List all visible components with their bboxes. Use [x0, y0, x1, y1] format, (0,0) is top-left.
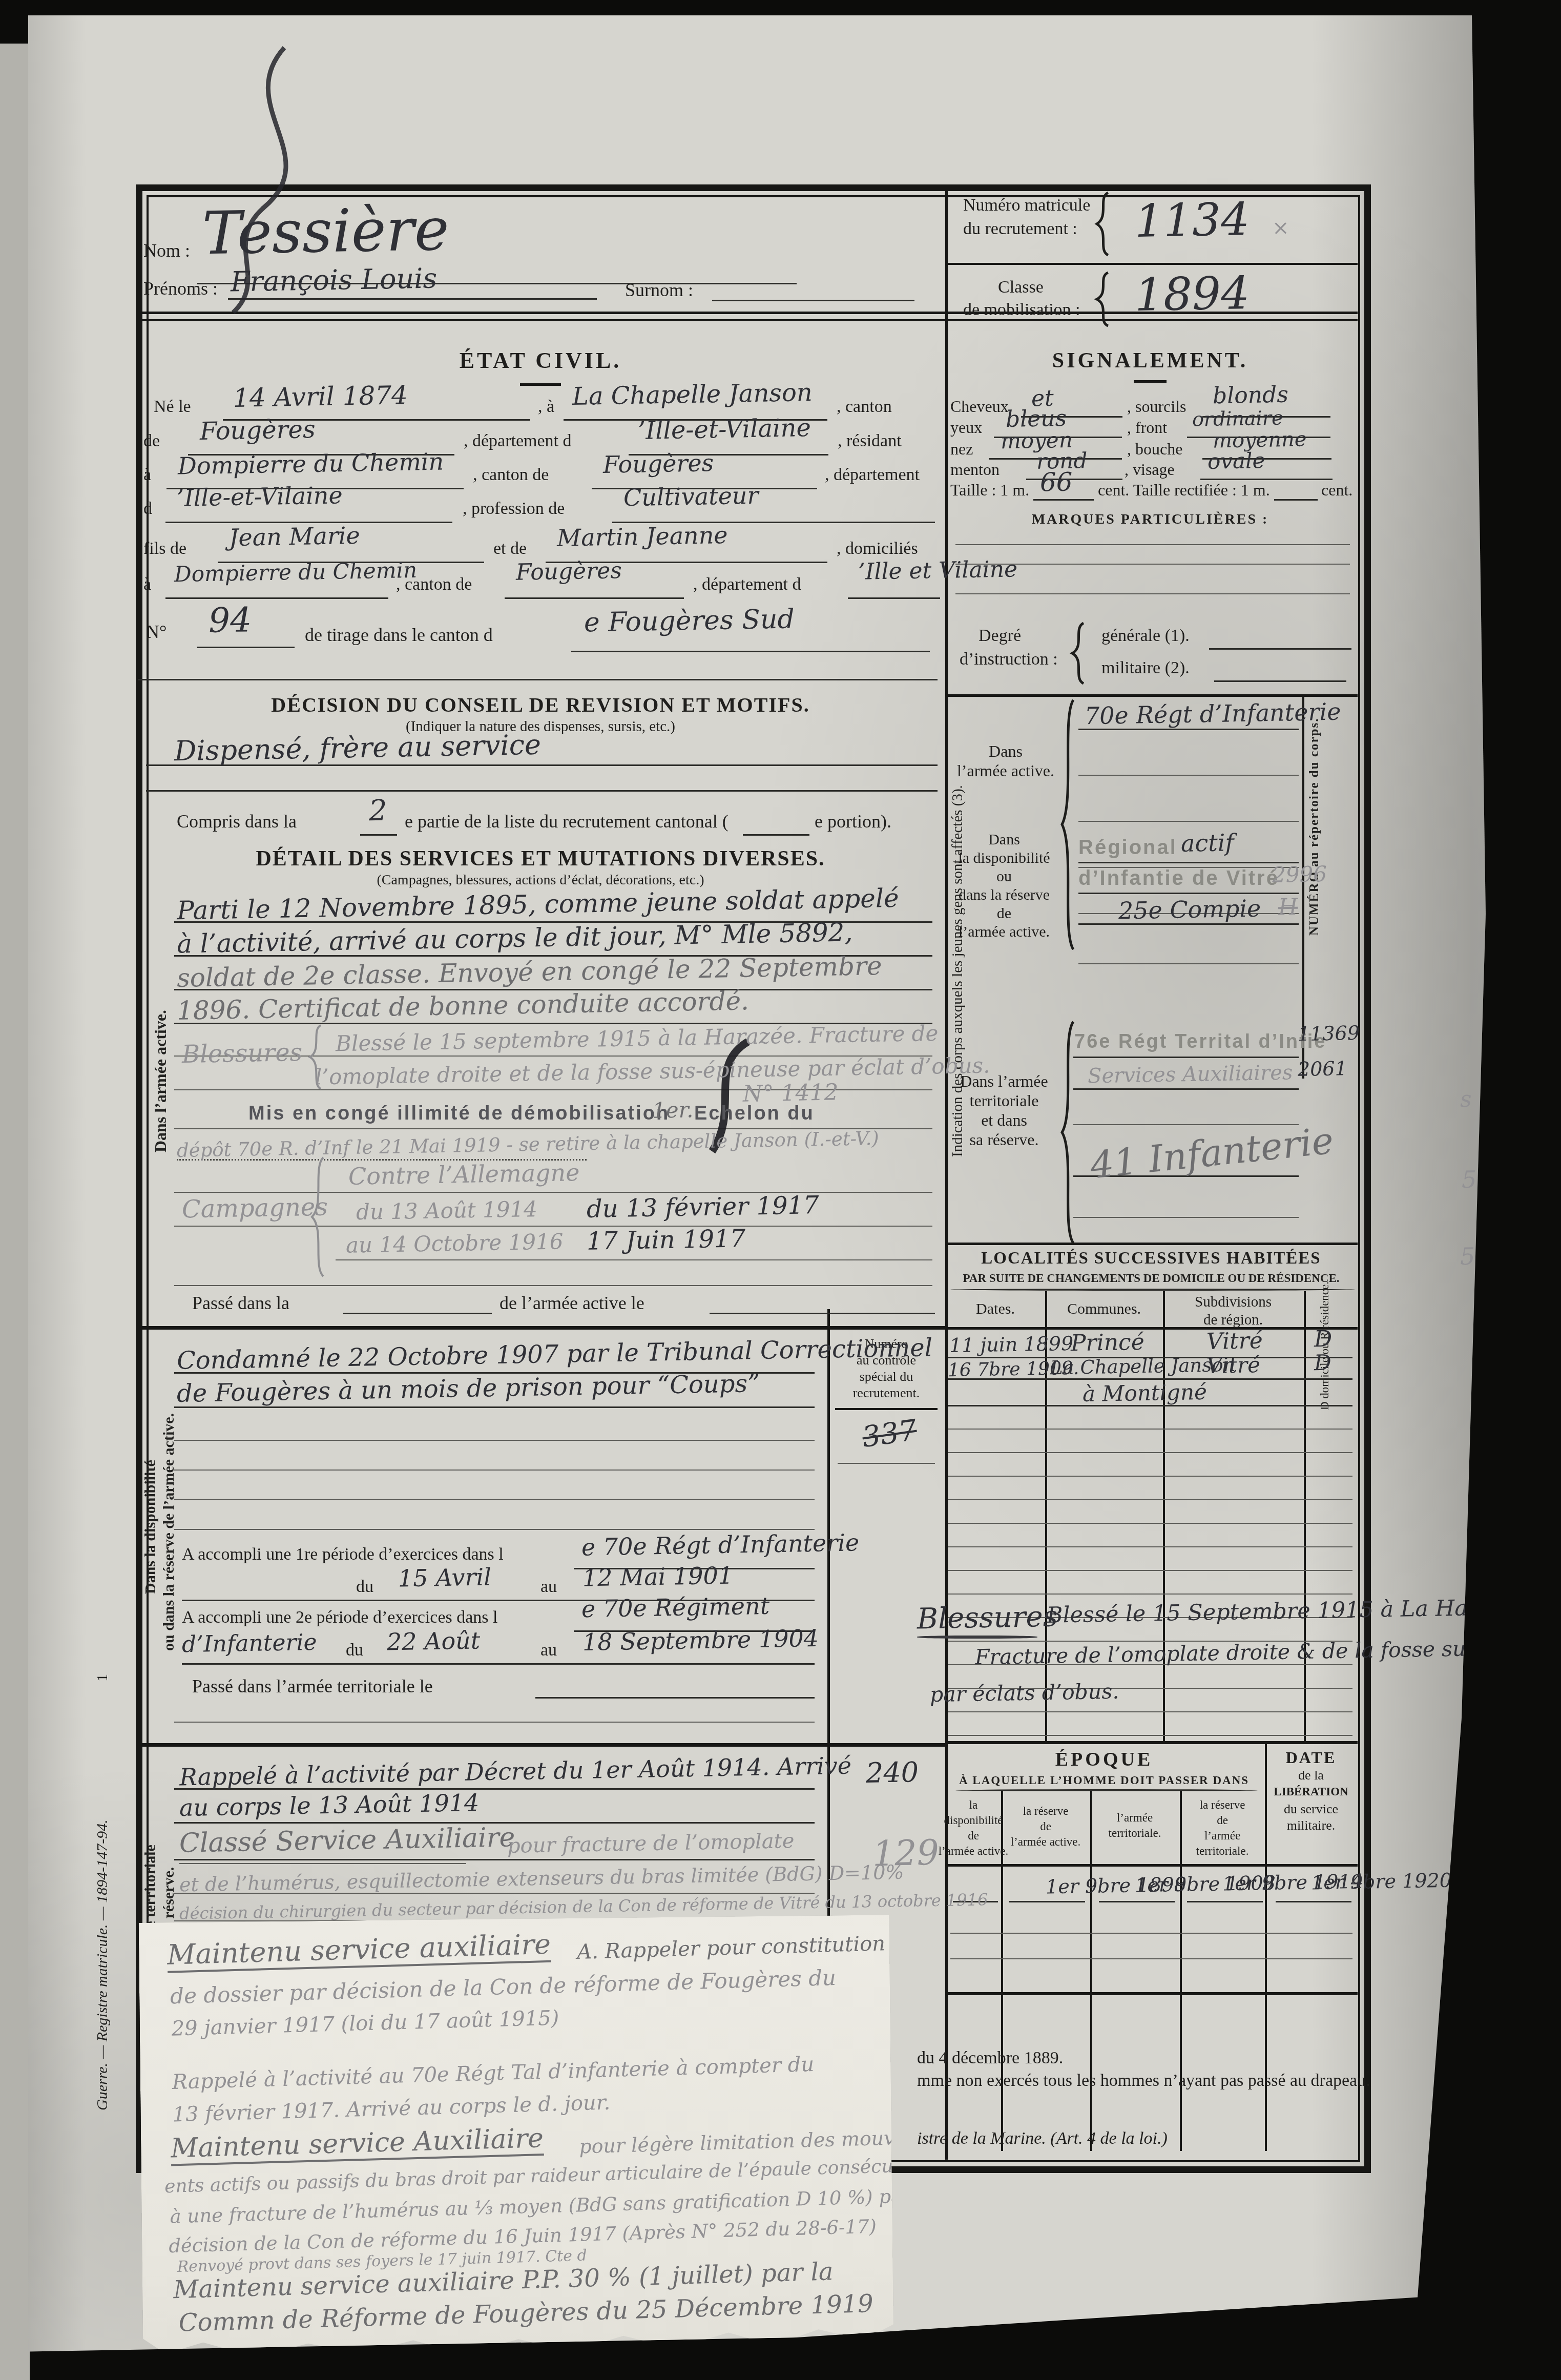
ruled-line: [1078, 923, 1299, 925]
services-title: DÉTAIL DES SERVICES ET MUTATIONS DIVERSE…: [256, 846, 825, 871]
slip-l6b: pour légère limitation des mouvem: [579, 2126, 925, 2158]
ruled-line: [948, 1593, 1352, 1595]
ruled-line: [174, 1499, 815, 1500]
epoque-col1: la: [969, 1798, 978, 1812]
epoque-col2: l’armée active.: [1011, 1835, 1081, 1849]
numero-repertoire-label: NUMÉRO au répertoire du corps.: [1307, 706, 1322, 947]
territoriale-l3b: pour fracture de l’omoplate: [507, 1829, 795, 1858]
dispo-numero: 2996: [1272, 861, 1327, 887]
passe-territoriale-label: Passé dans l’armée territoriale le: [192, 1675, 433, 1697]
ruled-line: [336, 1259, 932, 1260]
margin-disponibilite-label2: ou dans la réserve de l’armée active.: [160, 1337, 178, 1727]
etat-civil-title: ÉTAT CIVIL.: [460, 347, 622, 374]
decision-title: DÉCISION DU CONSEIL DE REVISION ET MOTIF…: [271, 693, 809, 717]
footnote-2: mme non exercés tous les hommes n’ayant …: [917, 2071, 1370, 2091]
terr-label: sa réserve.: [969, 1130, 1038, 1149]
localite-dr: D: [1314, 1350, 1332, 1376]
ruled-line: [174, 1470, 815, 1471]
slip-l3: 29 janvier 1917 (loi du 17 août 1915): [171, 2006, 559, 2041]
dep4-value: ’Ille et Vilaine: [858, 556, 1018, 585]
edge-mark: 5: [1460, 1243, 1475, 1271]
ruled-line: [743, 834, 809, 836]
tirage-canton-value: e Fougères Sud: [584, 604, 795, 638]
profession-value: Cultivateur: [623, 482, 759, 512]
table-header-rule: [945, 1327, 1358, 1330]
taille-label: Taille : 1 m.: [950, 481, 1029, 500]
territoriale-l3a: Classé Service Auxiliaire: [179, 1822, 515, 1858]
indication-corps-label: Indication des corps auxquels les jeunes…: [949, 705, 966, 1237]
section-rule: [136, 1743, 945, 1747]
ruled-line: [1073, 1057, 1299, 1058]
edge-mark: s: [1460, 1086, 1472, 1112]
localites-subtitle: PAR SUITE DE CHANGEMENTS DE DOMICILE OU …: [963, 1272, 1339, 1285]
dispo-mark: H: [1278, 894, 1298, 921]
footnote-1: du 4 décembre 1889.: [917, 2048, 1063, 2068]
epoque-col4: la réserve: [1200, 1798, 1245, 1812]
ruled-line: [197, 647, 295, 648]
col-communes: Communes.: [1067, 1300, 1141, 1318]
ruled-line: [948, 1429, 1352, 1430]
ruled-line: [138, 679, 938, 680]
periode1-label: A accompli une 1re période d’exercices d…: [182, 1545, 504, 1564]
dispo-label: la disponibilité: [958, 850, 1050, 867]
demob-suite: 1er.: [652, 1097, 694, 1123]
ruled-line: [948, 1452, 1352, 1453]
date-liberation-label: militaire.: [1287, 1818, 1336, 1833]
terr-numero1: 11369: [1298, 1022, 1360, 1045]
ruled-line: [174, 1406, 815, 1408]
a3-label: à: [143, 575, 151, 594]
epoque-col1: disponibilité: [944, 1814, 1003, 1827]
degre-label2: d’instruction :: [960, 650, 1058, 669]
dispo-label: de: [997, 905, 1011, 922]
canton-naissance: Fougères: [200, 415, 316, 446]
periode2-au: au: [540, 1641, 557, 1660]
prenoms-value: François Louis: [230, 262, 437, 298]
periode1-du: du: [356, 1577, 373, 1597]
localite-commune: Princé: [1071, 1329, 1145, 1357]
ruled-line: [955, 544, 1350, 545]
compris-t3: e portion).: [815, 811, 891, 832]
a2-label: à: [143, 465, 151, 485]
slip-l5: 13 février 1917. Arrivé au corps le d. j…: [172, 2091, 611, 2127]
ruled-line: [712, 300, 914, 301]
ruled-line: [1214, 680, 1346, 682]
epoque-col4: de: [1217, 1814, 1228, 1827]
terr-label: et dans: [981, 1111, 1027, 1130]
table-header-rule: [945, 1864, 1358, 1867]
margin-disponibilite-label: Dans la disponibilité: [142, 1348, 159, 1706]
col-subdivisions: Subdivisions: [1195, 1294, 1272, 1311]
title-dash: [1134, 380, 1167, 383]
ruled-line: [1078, 963, 1299, 964]
domicile-value: Dompierre du Chemin: [174, 557, 418, 587]
tirage-no-label: N°: [146, 621, 166, 643]
ruled-line: [1033, 499, 1094, 501]
nom-label: Nom :: [143, 240, 190, 261]
periode2-value: e 70e Régiment: [581, 1592, 770, 1623]
periode2-du: du: [346, 1641, 363, 1660]
ruled-line: [950, 1958, 1352, 1959]
departement2-label: , département: [825, 465, 920, 485]
row-rule: [945, 263, 1358, 265]
localites-title: LOCALITÉS SUCCESSIVES HABITÉES: [981, 1249, 1321, 1268]
pasted-annotation-slip: Maintenu service auxiliaire A. Rappeler …: [139, 1915, 894, 2358]
brace-icon: [1059, 698, 1076, 951]
register-page: Guerre. — Registre matricule. — 1894-147…: [28, 15, 1486, 2380]
dispo-label: Dans: [988, 831, 1020, 848]
ruled-line: [146, 790, 938, 792]
taille-value: 66: [1039, 467, 1073, 497]
ruled-line: [343, 1313, 492, 1314]
infanterie-vitre-stamp: d’Infantie de Vitré: [1078, 867, 1279, 890]
periode2-au-value: 18 Septembre 1904: [582, 1624, 819, 1656]
signalement-title: SIGNALEMENT.: [1052, 348, 1248, 373]
front-value: ordinaire: [1192, 406, 1283, 430]
ruled-line: [948, 1735, 1352, 1736]
date-liberation-label: de la: [1298, 1768, 1324, 1783]
section-rule: [945, 1741, 1358, 1744]
canton2-label: , canton de: [473, 465, 549, 485]
blessures-label: Blessures: [182, 1038, 303, 1069]
brace-icon: [1093, 271, 1111, 328]
ruled-line: [1099, 1901, 1175, 1902]
campagne-c1: Contre l’Allemagne: [348, 1158, 580, 1190]
campagne-c2a: du 13 Août 1914: [356, 1196, 538, 1225]
ruled-line: [1078, 893, 1299, 894]
degre-label: Degré: [979, 626, 1021, 646]
swash-underline: [917, 1636, 1037, 1639]
scroll-rule: [955, 1789, 1258, 1791]
table-divider: [1304, 1291, 1306, 1741]
residant-label: , résidant: [838, 431, 902, 451]
classe-label: Classe: [998, 278, 1044, 297]
edge-mark: 5: [1462, 1166, 1477, 1194]
ruled-line: [179, 1863, 466, 1864]
ruled-line: [848, 597, 940, 599]
book-page-edge: [0, 44, 30, 2380]
periode1-au-value: 12 Mai 1901: [582, 1561, 734, 1591]
nez-label: nez: [950, 440, 973, 459]
epoque-col2: la réserve: [1023, 1805, 1069, 1818]
localite-date: 11 juin 1899: [949, 1332, 1074, 1357]
periode1-du-value: 15 Avril: [398, 1563, 492, 1592]
campagnes-label: Campagnes: [182, 1193, 328, 1224]
yeux-label: yeux: [950, 418, 982, 437]
margin-armee-active-label: Dans l’armée active.: [151, 917, 170, 1245]
menton-label: menton: [950, 460, 1000, 479]
periode1-au: au: [540, 1577, 557, 1597]
campagne-c2b: du 13 février 1917: [587, 1191, 820, 1224]
ruled-line: [571, 651, 930, 652]
ruled-line: [948, 1476, 1352, 1477]
title-dash: [520, 383, 561, 386]
classe-value: 1894: [1134, 266, 1250, 321]
table-divider: [1090, 1791, 1092, 2151]
ruled-line: [1073, 1217, 1299, 1218]
ruled-line: [174, 1529, 815, 1530]
actif-hw: actif: [1181, 829, 1234, 857]
epoque-col1: l’armée active.: [939, 1845, 1009, 1858]
tirage-no-value: 94: [208, 600, 252, 640]
ruled-line: [955, 593, 1350, 594]
canton-label: , canton: [837, 397, 892, 417]
ruled-line: [165, 597, 388, 599]
ruled-line: [174, 1226, 932, 1227]
ruled-line: [1276, 1901, 1351, 1902]
surnom-label: Surnom :: [625, 279, 693, 301]
ruled-line: [1078, 862, 1299, 863]
et-de-label: et de: [493, 539, 527, 558]
slip-l1b: A. Rappeler pour constitution: [577, 1932, 886, 1964]
ruled-line: [1274, 499, 1318, 501]
ne-le-label: Né le: [154, 397, 191, 417]
matricule-mark: ×: [1272, 216, 1289, 240]
ruled-line: [1187, 1901, 1263, 1902]
prenoms-label: Prénoms :: [143, 278, 218, 299]
table-divider: [1180, 1791, 1182, 2151]
terr-numero2: 2061: [1298, 1057, 1347, 1081]
brace-icon: [1069, 621, 1087, 686]
nom-value: Tessière: [202, 195, 450, 268]
ruled-line: [174, 1722, 815, 1723]
residence-value: Dompierre du Chemin: [178, 447, 444, 480]
classe-label2: de mobilisation :: [963, 300, 1080, 320]
ruled-line: [838, 1463, 935, 1464]
epoque-v5: 1er 9bre 1920: [1311, 1869, 1452, 1894]
marques-label: MARQUES PARTICULIÈRES :: [1032, 511, 1269, 528]
epoque-col3: l’armée: [1117, 1811, 1153, 1825]
compris-value: 2: [368, 794, 387, 828]
campagne-c3b: 17 Juin 1917: [587, 1224, 746, 1255]
date-liberation-label: DATE: [1286, 1748, 1337, 1767]
ruled-line: [182, 1663, 815, 1665]
slip-l1a: Maintenu service auxiliaire: [166, 1928, 551, 1973]
pere-value: Jean Marie: [229, 522, 361, 551]
ruled-line: [948, 1711, 1352, 1712]
sourcils-label: , sourcils: [1127, 397, 1187, 416]
scroll-rule: [950, 1289, 1355, 1291]
dispo-label: l’armée active.: [959, 923, 1050, 941]
dep3-value: ’Ille-et-Vilaine: [177, 481, 343, 512]
bouche-label: , bouche: [1127, 440, 1182, 459]
ruled-line: [505, 597, 684, 599]
controle-num-129: 129: [872, 1833, 939, 1874]
epoque-title: ÉPOQUE: [1055, 1748, 1153, 1771]
cheveux-label: Cheveux: [950, 397, 1009, 416]
printer-imprint: Guerre. — Registre matricule. — 1894-147…: [94, 1701, 111, 2229]
ruled-line: [948, 1523, 1352, 1524]
compris-t2: e partie de la liste du recrutement cant…: [405, 811, 729, 832]
ruled-line: [1009, 1901, 1085, 1902]
brace-icon: [1059, 1020, 1076, 1245]
section-rule: [136, 1326, 945, 1330]
fils-de-label: fils de: [143, 539, 186, 558]
col-subdivisions2: de région.: [1203, 1312, 1263, 1329]
degre-generale: générale (1).: [1101, 626, 1190, 646]
ruled-line: [1078, 821, 1299, 822]
localite-subdiv: Vitré: [1206, 1328, 1263, 1355]
brace-icon: [1093, 191, 1111, 257]
epoque-col3: territoriale.: [1109, 1827, 1161, 1840]
visage-value: ovale: [1208, 448, 1265, 474]
epoque-col2: de: [1040, 1820, 1051, 1833]
territorial-stamp: 76e Régt Territal d’Infie: [1074, 1031, 1326, 1053]
localite-commune2: à Montigné: [1083, 1379, 1208, 1406]
controle-num-240: 240: [865, 1756, 919, 1789]
cent-label: cent.: [1321, 481, 1352, 500]
visage-label: , visage: [1125, 460, 1175, 479]
dispo-label: dans la réserve: [959, 886, 1050, 904]
armee-active-label2: l’armée active.: [957, 761, 1054, 780]
ruled-line: [174, 1285, 932, 1286]
regional-stamp: Régional: [1078, 836, 1177, 859]
passe-active-label2: de l’armée active le: [499, 1292, 644, 1314]
lieu-naissance: La Chapelle Janson: [572, 378, 813, 411]
degre-militaire: militaire (2).: [1101, 658, 1190, 678]
scanned-register-photo: Guerre. — Registre matricule. — 1894-147…: [0, 0, 1561, 2380]
front-label: , front: [1127, 418, 1167, 437]
domicilies-label: , domiciliés: [837, 539, 918, 558]
compagnie-hw: 25e Compie: [1118, 895, 1261, 925]
ruled-line: [1073, 1124, 1299, 1125]
periode2-inf: d’Infanterie: [182, 1629, 317, 1658]
page-number: 1: [94, 1663, 111, 1693]
territoriale-l2: au corps le 13 Août 1914: [179, 1789, 480, 1822]
dispo-label: ou: [996, 868, 1012, 885]
periode1-value: e 70e Régt d’Infanterie: [581, 1528, 860, 1561]
ruled-line: [1209, 648, 1351, 650]
canton3-value: Fougères: [516, 557, 622, 586]
corps-active-value: 70e Régt d’Infanterie: [1085, 698, 1341, 730]
slip-l2: de dossier par décision de la Con de réf…: [170, 1965, 837, 2009]
slip-l6a: Maintenu service Auxiliaire: [170, 2123, 544, 2166]
campagne-c3a: au 14 Octobre 1916: [346, 1229, 564, 1257]
ruled-line: [948, 1546, 1352, 1547]
controle-header: recrutement.: [853, 1385, 920, 1401]
a-label: , à: [538, 397, 554, 417]
d3-label: d: [143, 499, 152, 519]
localite-dr: D: [1314, 1326, 1333, 1353]
epoque-col4: l’armée: [1204, 1829, 1240, 1843]
localite-subdiv: Vitré: [1206, 1352, 1261, 1378]
services-subtitle: (Campagnes, blessures, actions d’éclat, …: [377, 872, 704, 888]
de-label: de: [143, 431, 160, 451]
epoque-col1: de: [968, 1829, 979, 1843]
matricule-label2: du recrutement :: [963, 219, 1077, 239]
ruled-line: [948, 1499, 1352, 1500]
section-rule: [945, 694, 1358, 697]
periode2-du-value: 22 Août: [387, 1626, 481, 1655]
passe-active-label: Passé dans la: [192, 1292, 289, 1314]
demob-stamp: Mis en congé illimité de démobilisation: [248, 1103, 670, 1125]
slip-l4: Rappelé à l’activité au 70e Régt Tal d’i…: [172, 2053, 814, 2094]
ruled-line: [1200, 479, 1333, 480]
controle-header: spécial du: [860, 1369, 913, 1384]
matricule-label: Numéro matricule: [963, 196, 1090, 215]
periode2-label: A accompli une 2e période d’exercices da…: [182, 1608, 497, 1627]
main-column-divider: [945, 184, 948, 2160]
tirage-text: de tirage dans le canton d: [305, 624, 493, 646]
departement-value: ’Ille-et-Vilaine: [638, 413, 811, 445]
departement-label: , département d: [464, 431, 572, 451]
ruled-line: [1073, 1088, 1299, 1090]
mere-value: Martin Jeanne: [557, 521, 728, 552]
services-auxiliaires-hw: Services Auxiliaires: [1088, 1061, 1293, 1088]
col-dates: Dates.: [976, 1300, 1015, 1318]
demob-numero: N° 1412: [743, 1079, 839, 1107]
ruled-line: [710, 1313, 935, 1314]
canton2-value: Fougères: [603, 449, 714, 479]
matricule-value: 1134: [1134, 193, 1250, 247]
footnote-3: istre de la Marine. (Art. 4 de la loi.): [917, 2129, 1168, 2148]
epoque-col4: territoriale.: [1196, 1845, 1249, 1858]
date-liberation-label: du service: [1284, 1802, 1338, 1817]
table-bottom-rule: [945, 1992, 1358, 1995]
controle-rule: [835, 1408, 938, 1410]
epoque-subtitle: À LAQUELLE L’HOMME DOIT PASSER DANS: [959, 1774, 1249, 1787]
terr-label: territoriale: [969, 1091, 1038, 1110]
ruled-line: [174, 1440, 815, 1441]
date-liberation-label: LIBÉRATION: [1274, 1785, 1348, 1798]
ruled-line: [360, 834, 397, 836]
decision-value: Dispensé, frère au service: [174, 729, 542, 767]
armee-active-label: Dans: [989, 742, 1023, 761]
ruled-line: [1078, 775, 1299, 776]
ruled-line: [948, 1570, 1352, 1571]
ne-le-value: 14 Avril 1874: [233, 380, 408, 413]
dep4-label: , département d: [693, 575, 801, 594]
profession-label: , profession de: [463, 499, 565, 519]
blessures-note-l3: par éclats d’obus.: [930, 1679, 1119, 1707]
ruled-line: [950, 1933, 1352, 1934]
ruled-line: [535, 1697, 815, 1699]
numero-subcolumn-divider: [1302, 697, 1304, 1079]
blessures-note-label: Blessures: [917, 1600, 1057, 1636]
sourcils-value: blonds: [1213, 382, 1289, 409]
section-rule: [945, 1243, 1358, 1245]
ruled-line: [174, 1859, 815, 1860]
taille2-label: cent. Taille rectifiée : 1 m.: [1098, 481, 1270, 500]
compris-t1: Compris dans la: [177, 811, 297, 832]
